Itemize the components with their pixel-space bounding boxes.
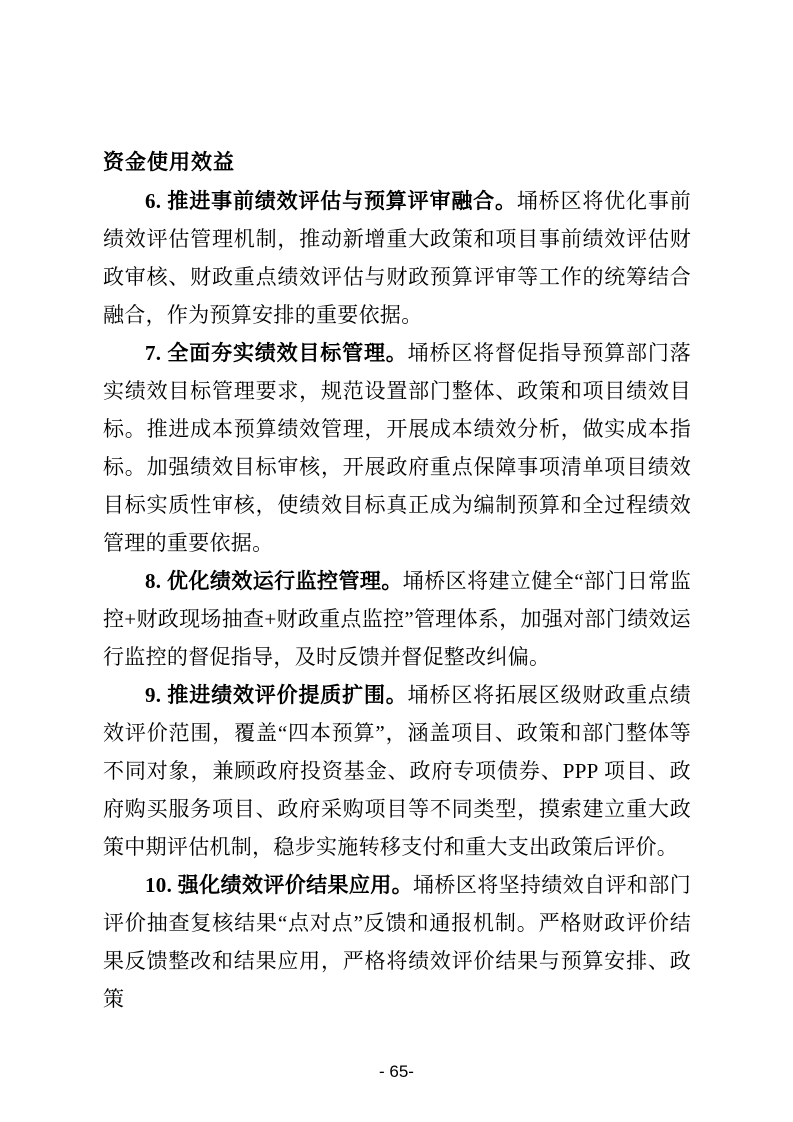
paragraph-lead: 7. 全面夯实绩效目标管理。 (145, 341, 408, 365)
paragraph-item-10: 10. 强化绩效评价结果应用。埇桥区将坚持绩效自评和部门评价抽查复核结果“点对点… (103, 866, 691, 1018)
paragraph-item-6: 6. 推进事前绩效评估与预算评审融合。埇桥区将优化事前绩效评估管理机制，推动新增… (103, 182, 691, 334)
section-heading-fragment: 资金使用效益 (103, 144, 691, 182)
page-footer: - 65- (0, 1062, 793, 1082)
page-content: 资金使用效益 6. 推进事前绩效评估与预算评审融合。埇桥区将优化事前绩效评估管理… (103, 144, 691, 1018)
paragraph-lead: 10. 强化绩效评价结果应用。 (145, 873, 413, 897)
paragraph-lead: 6. 推进事前绩效评估与预算评审融合。 (145, 189, 517, 213)
paragraph-item-8: 8. 优化绩效运行监控管理。埇桥区将建立健全“部门日常监控+财政现场抽查+财政重… (103, 562, 691, 676)
document-page: 资金使用效益 6. 推进事前绩效评估与预算评审融合。埇桥区将优化事前绩效评估管理… (0, 0, 793, 1122)
paragraph-lead: 8. 优化绩效运行监控管理。 (145, 569, 403, 593)
paragraph-body: 埇桥区将拓展区级财政重点绩效评价范围，覆盖“四本预算”，涵盖项目、政策和部门整体… (103, 683, 691, 859)
paragraph-lead: 9. 推进绩效评价提质扩围。 (145, 683, 408, 707)
paragraph-body: 埇桥区将督促指导预算部门落实绩效目标管理要求，规范设置部门整体、政策和项目绩效目… (103, 341, 691, 555)
page-number: - 65- (379, 1062, 414, 1081)
paragraph-item-7: 7. 全面夯实绩效目标管理。埇桥区将督促指导预算部门落实绩效目标管理要求，规范设… (103, 334, 691, 562)
paragraph-item-9: 9. 推进绩效评价提质扩围。埇桥区将拓展区级财政重点绩效评价范围，覆盖“四本预算… (103, 676, 691, 866)
